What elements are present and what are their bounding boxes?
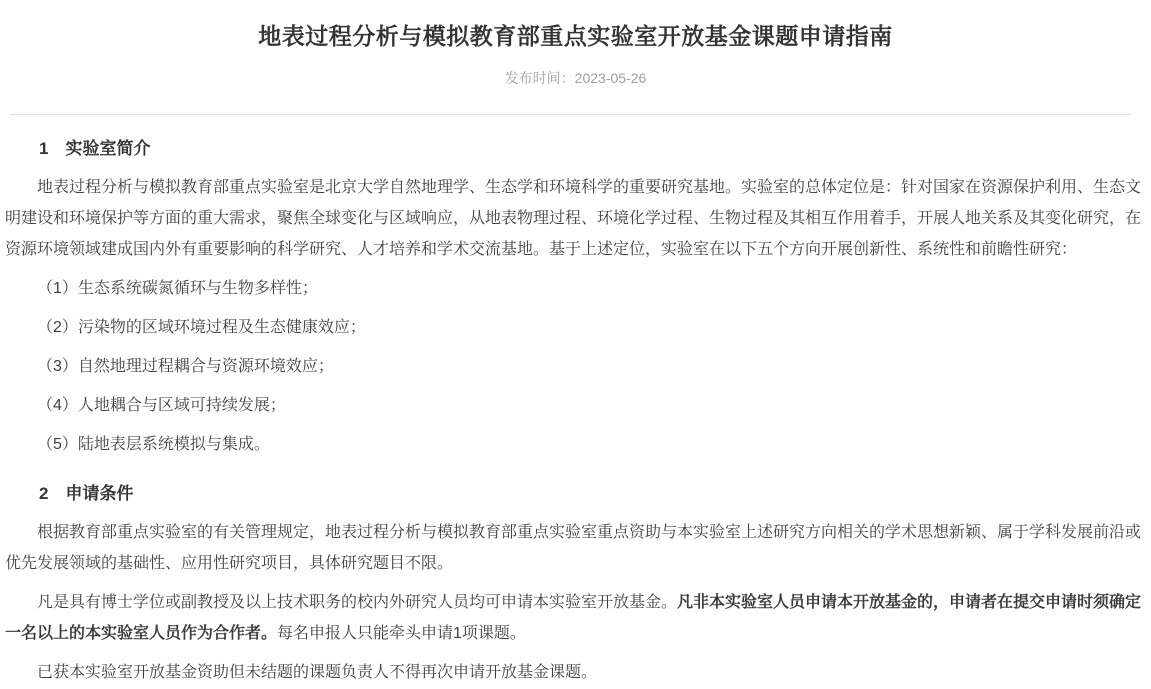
eligibility-text-lead: 凡是具有博士学位或副教授及以上技术职务的校内外研究人员均可申请本实验室开放基金。 (37, 594, 677, 611)
eligibility-paragraph: 凡是具有博士学位或副教授及以上技术职务的校内外研究人员均可申请本实验室开放基金。… (5, 587, 1146, 649)
research-direction-item-5: （5）陆地表层系统模拟与集成。 (5, 429, 1146, 460)
section-1-intro-paragraph: 地表过程分析与模拟教育部重点实验室是北京大学自然地理学、生态学和环境科学的重要研… (5, 172, 1146, 265)
research-direction-item-2: （2）污染物的区域环境过程及生态健康效应； (5, 312, 1146, 343)
document-body: 1 实验室简介 地表过程分析与模拟教育部重点实验室是北京大学自然地理学、生态学和… (0, 136, 1151, 688)
eligibility-text-tail: 每名申报人只能牵头申请1项课题。 (277, 625, 526, 642)
page-title: 地表过程分析与模拟教育部重点实验室开放基金课题申请指南 (0, 22, 1151, 52)
research-direction-item-3: （3）自然地理过程耦合与资源环境效应； (5, 351, 1146, 382)
funding-scope-paragraph: 根据教育部重点实验室的有关管理规定，地表过程分析与模拟教育部重点实验室重点资助与… (5, 517, 1146, 579)
restriction-paragraph: 已获本实验室开放基金资助但未结题的课题负责人不得再次申请开放基金课题。 (5, 657, 1146, 688)
section-2-heading: 2 申请条件 (5, 481, 1146, 507)
document-page: 地表过程分析与模拟教育部重点实验室开放基金课题申请指南 发布时间：2023-05… (0, 0, 1151, 689)
research-direction-item-4: （4）人地耦合与区域可持续发展； (5, 390, 1146, 421)
publish-date: 发布时间：2023-05-26 (0, 69, 1151, 87)
section-1-heading: 1 实验室简介 (5, 136, 1146, 162)
header-divider (10, 114, 1131, 115)
document-header: 地表过程分析与模拟教育部重点实验室开放基金课题申请指南 发布时间：2023-05… (0, 0, 1151, 87)
research-direction-item-1: （1）生态系统碳氮循环与生物多样性； (5, 273, 1146, 304)
